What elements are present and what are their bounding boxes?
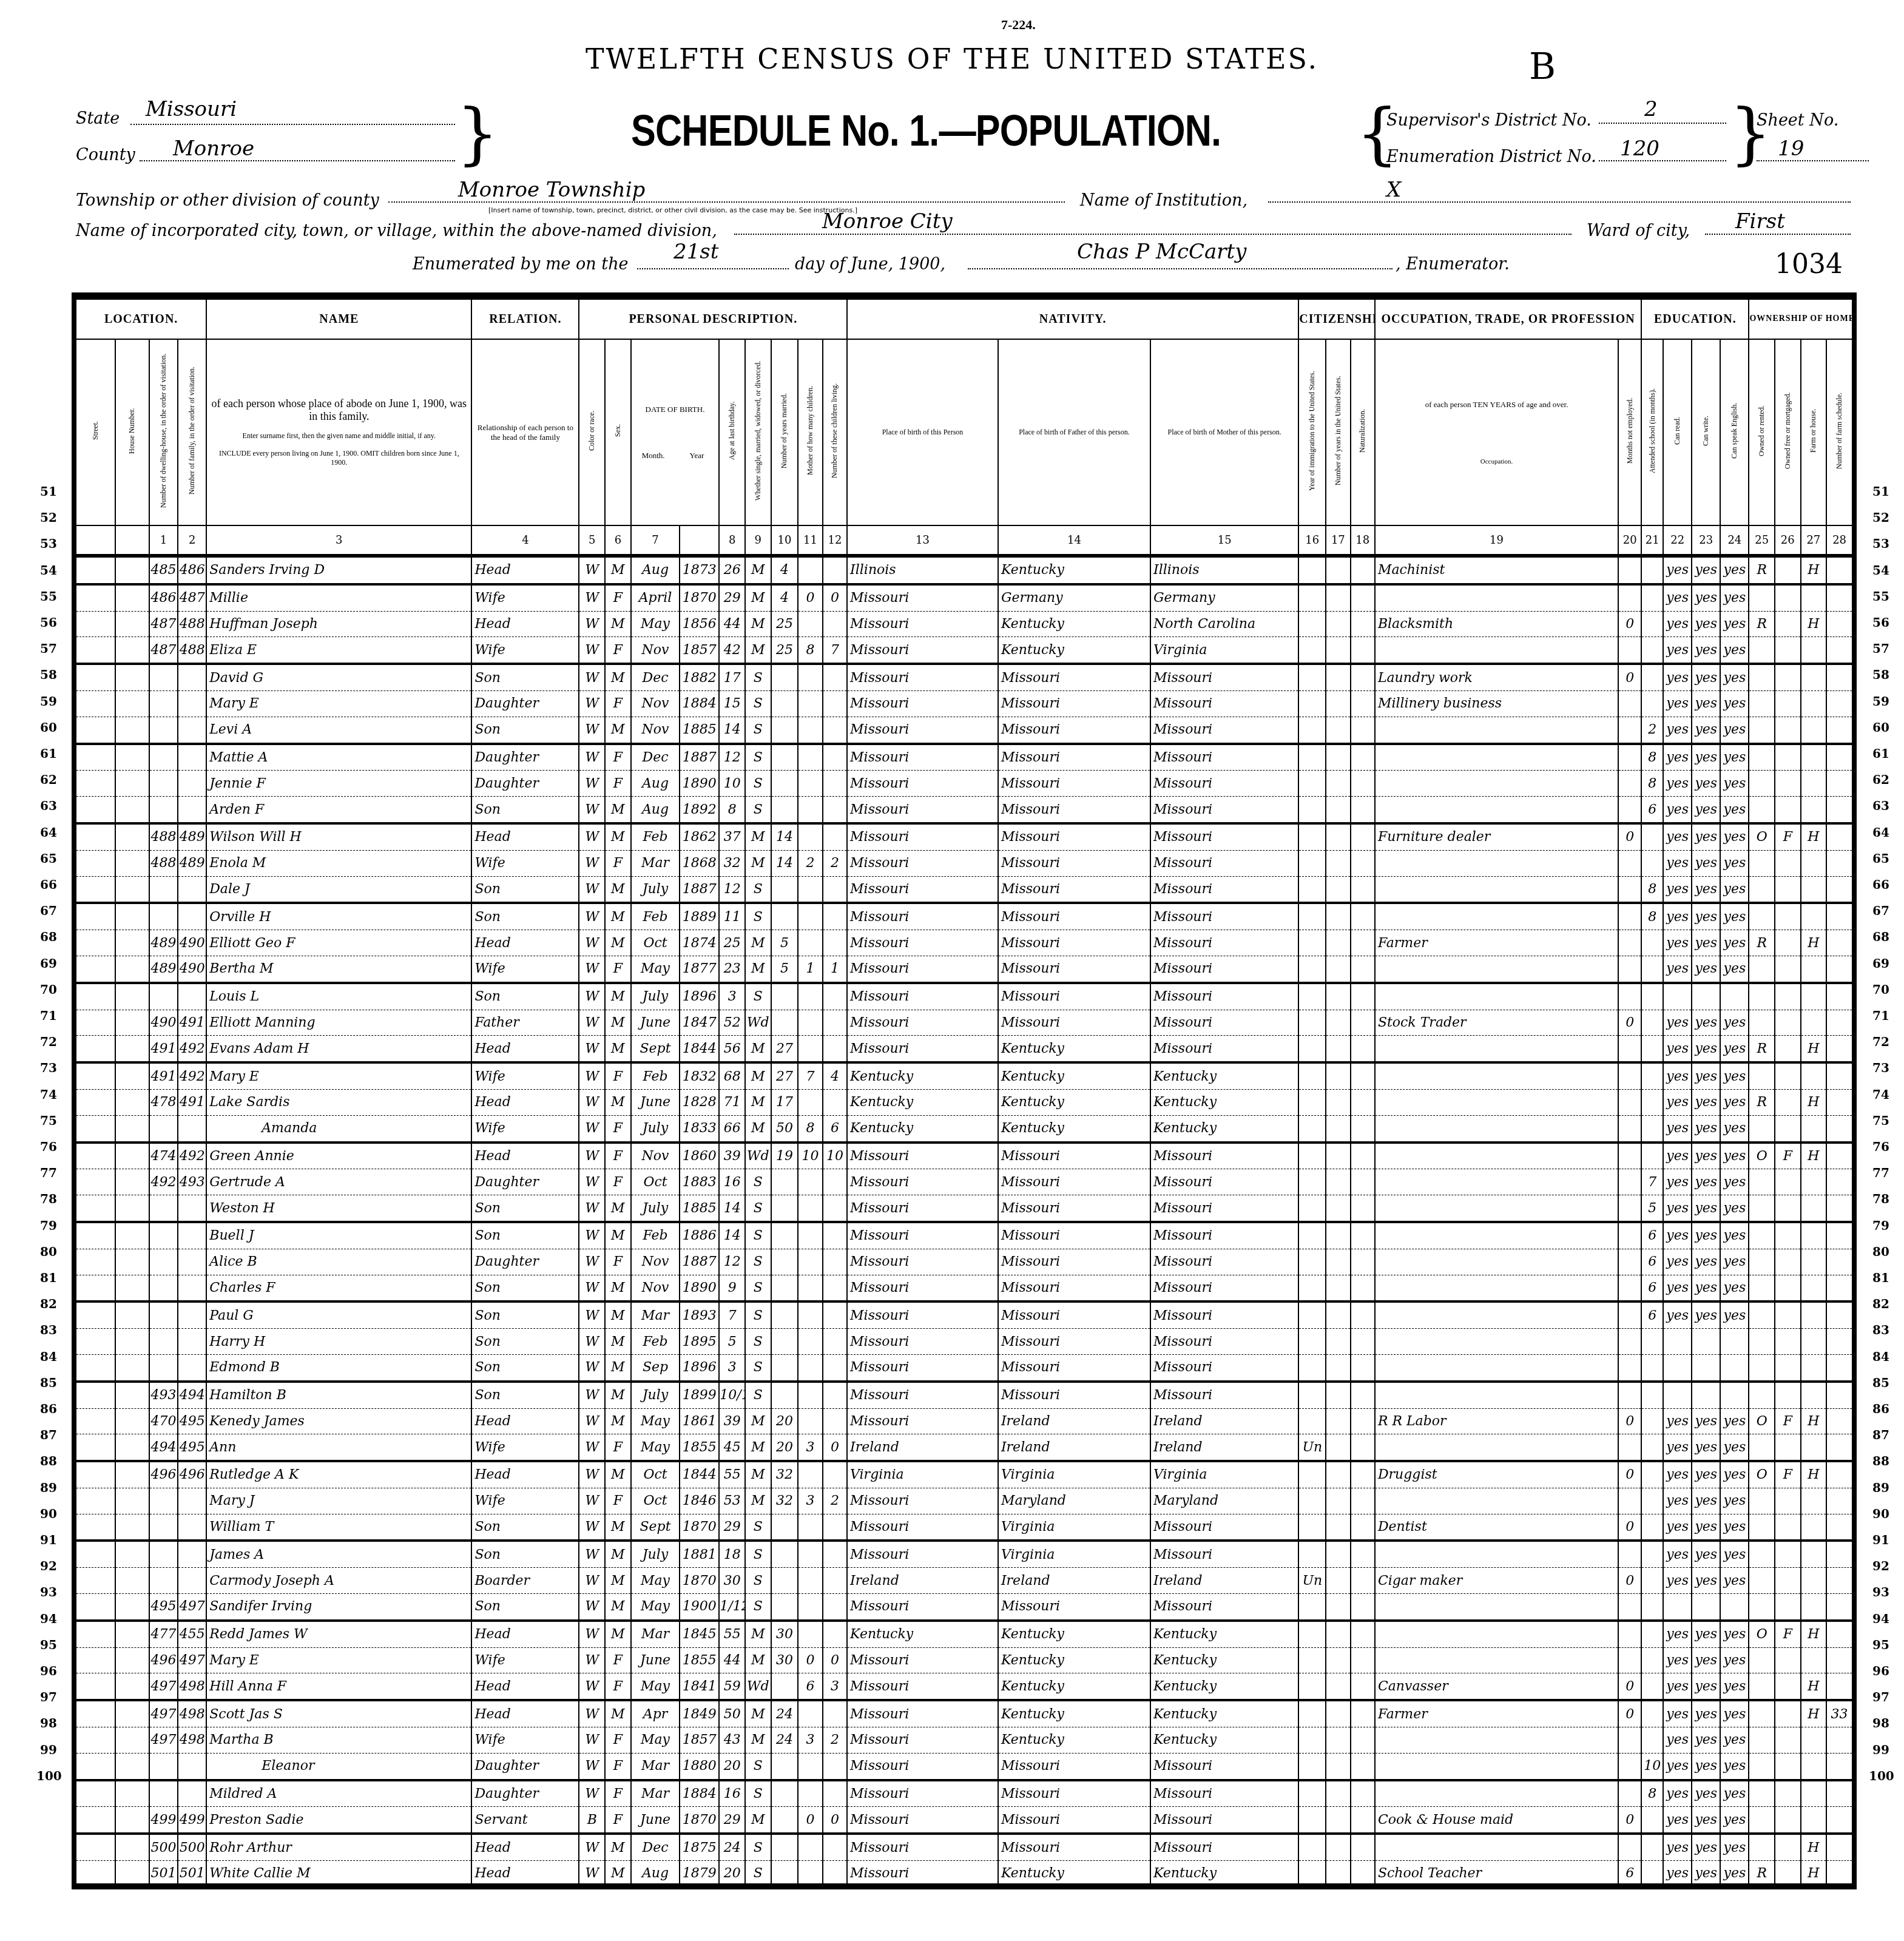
birth-month: April bbox=[631, 584, 680, 611]
line-number: 93 bbox=[36, 1585, 61, 1599]
dwelling-number bbox=[149, 1222, 178, 1249]
census-row: Jennie FDaughterWFAug189010SMissouriMiss… bbox=[76, 771, 1852, 797]
dwelling-number bbox=[149, 1329, 178, 1355]
relation: Son bbox=[471, 664, 579, 690]
family-number bbox=[178, 1115, 206, 1142]
children-living bbox=[823, 1408, 847, 1434]
can-write bbox=[1692, 1354, 1720, 1381]
father-birthplace: Missouri bbox=[998, 903, 1150, 930]
father-birthplace: Missouri bbox=[998, 930, 1150, 956]
dwelling-number bbox=[149, 744, 178, 771]
line-number: 77 bbox=[1869, 1166, 1893, 1180]
birth-month: Feb bbox=[631, 903, 680, 930]
sex: M bbox=[605, 823, 631, 850]
children-born bbox=[798, 1568, 822, 1594]
street bbox=[76, 664, 115, 690]
owned-rented: R bbox=[1749, 611, 1775, 637]
occupation: R R Labor bbox=[1375, 1408, 1618, 1434]
free-mortgaged bbox=[1775, 1861, 1801, 1887]
farm-house bbox=[1801, 1354, 1827, 1381]
color: W bbox=[579, 956, 605, 982]
school-months: 8 bbox=[1641, 876, 1663, 903]
children-living bbox=[823, 1195, 847, 1222]
color: W bbox=[579, 1834, 605, 1860]
family-number bbox=[178, 690, 206, 717]
farm-schedule bbox=[1826, 1329, 1852, 1355]
farm-house: H bbox=[1801, 1143, 1827, 1169]
owned-rented bbox=[1749, 1568, 1775, 1594]
birthplace: Kentucky bbox=[847, 1115, 998, 1142]
father-birthplace: Kentucky bbox=[998, 1727, 1150, 1754]
line-number: 60 bbox=[1869, 720, 1893, 735]
age: 3 bbox=[719, 1354, 745, 1381]
house-number bbox=[115, 1834, 149, 1860]
can-read: yes bbox=[1663, 1541, 1692, 1567]
children-born: 7 bbox=[798, 1062, 822, 1089]
months-unemployed bbox=[1618, 690, 1641, 717]
birth-year: 1870 bbox=[680, 1514, 719, 1541]
birth-month: May bbox=[631, 611, 680, 637]
dwelling-number bbox=[149, 1488, 178, 1514]
birth-month: July bbox=[631, 1382, 680, 1408]
immigration bbox=[1298, 1647, 1326, 1673]
person-name: Orville H bbox=[206, 903, 471, 930]
naturalization bbox=[1351, 611, 1375, 637]
occupation bbox=[1375, 1647, 1618, 1673]
birthplace: Missouri bbox=[847, 1834, 998, 1860]
children-living bbox=[823, 983, 847, 1010]
farm-schedule bbox=[1826, 690, 1852, 717]
birth-year: 1877 bbox=[680, 956, 719, 982]
mother-birthplace: Missouri bbox=[1150, 1036, 1298, 1062]
school-months bbox=[1641, 1807, 1663, 1834]
street bbox=[76, 1673, 115, 1700]
children-born bbox=[798, 1010, 822, 1036]
family-number: 492 bbox=[178, 1036, 206, 1062]
line-number: 72 bbox=[36, 1035, 61, 1049]
school-months: 6 bbox=[1641, 1275, 1663, 1301]
birth-year: 1882 bbox=[680, 664, 719, 690]
birth-year: 1879 bbox=[680, 1861, 719, 1887]
marital-status: S bbox=[745, 1354, 771, 1381]
immigration bbox=[1298, 1354, 1326, 1381]
birth-month: June bbox=[631, 1807, 680, 1834]
col-birthplace-person: Place of birth of this Person bbox=[847, 339, 998, 525]
children-living: 0 bbox=[823, 1807, 847, 1834]
mother-birthplace: Kentucky bbox=[1150, 1115, 1298, 1142]
children-living bbox=[823, 556, 847, 584]
house-number bbox=[115, 1062, 149, 1089]
group-education: EDUCATION. bbox=[1641, 299, 1749, 339]
immigration bbox=[1298, 584, 1326, 611]
birthplace: Missouri bbox=[847, 1329, 998, 1355]
years-married bbox=[771, 1673, 798, 1700]
birth-month: Nov bbox=[631, 717, 680, 743]
sex: M bbox=[605, 611, 631, 637]
age: 59 bbox=[719, 1673, 745, 1700]
school-months bbox=[1641, 637, 1663, 664]
father-birthplace: Kentucky bbox=[998, 556, 1150, 584]
mother-birthplace: Missouri bbox=[1150, 1541, 1298, 1567]
occupation bbox=[1375, 1434, 1618, 1461]
person-name: David G bbox=[206, 664, 471, 690]
birth-year: 1889 bbox=[680, 903, 719, 930]
farm-schedule bbox=[1826, 956, 1852, 982]
years-in-us bbox=[1326, 584, 1350, 611]
months-unemployed: 0 bbox=[1618, 1807, 1641, 1834]
col-birthplace-father: Place of birth of Father of this person. bbox=[998, 339, 1150, 525]
birth-year: 1833 bbox=[680, 1115, 719, 1142]
years-married: 4 bbox=[771, 584, 798, 611]
dwelling-number: 477 bbox=[149, 1621, 178, 1647]
relation: Head bbox=[471, 1700, 579, 1727]
family-number bbox=[178, 903, 206, 930]
census-row: 497498Hill Anna FHeadWFMay184159Wd63Miss… bbox=[76, 1673, 1852, 1700]
immigration bbox=[1298, 1700, 1326, 1727]
house-number bbox=[115, 1861, 149, 1887]
months-unemployed bbox=[1618, 930, 1641, 956]
birth-year: 1844 bbox=[680, 1036, 719, 1062]
person-name: Mary E bbox=[206, 1647, 471, 1673]
census-row: 488489Wilson Will HHeadWMFeb186237M14Mis… bbox=[76, 823, 1852, 850]
birth-year: 1884 bbox=[680, 1780, 719, 1807]
immigration bbox=[1298, 1673, 1326, 1700]
occupation bbox=[1375, 1143, 1618, 1169]
years-in-us bbox=[1326, 1541, 1350, 1567]
city-value: Monroe City bbox=[822, 209, 953, 234]
months-unemployed bbox=[1618, 717, 1641, 743]
house-number bbox=[115, 771, 149, 797]
column-number: 28 bbox=[1826, 525, 1852, 556]
immigration bbox=[1298, 1861, 1326, 1887]
free-mortgaged bbox=[1775, 1062, 1801, 1089]
immigration bbox=[1298, 1514, 1326, 1541]
months-unemployed: 6 bbox=[1618, 1861, 1641, 1887]
can-write: yes bbox=[1692, 1036, 1720, 1062]
father-birthplace: Missouri bbox=[998, 1169, 1150, 1195]
occupation bbox=[1375, 850, 1618, 876]
speaks-english: yes bbox=[1720, 1514, 1749, 1541]
free-mortgaged bbox=[1775, 1222, 1801, 1249]
years-married bbox=[771, 1382, 798, 1408]
dwelling-number: 494 bbox=[149, 1434, 178, 1461]
children-born: 10 bbox=[798, 1143, 822, 1169]
immigration bbox=[1298, 823, 1326, 850]
birth-year: 1856 bbox=[680, 611, 719, 637]
column-number: 25 bbox=[1749, 525, 1775, 556]
relation: Daughter bbox=[471, 771, 579, 797]
relation: Head bbox=[471, 1143, 579, 1169]
marital-status: S bbox=[745, 1834, 771, 1860]
can-write: yes bbox=[1692, 1169, 1720, 1195]
street bbox=[76, 1089, 115, 1115]
age: 44 bbox=[719, 611, 745, 637]
family-number bbox=[178, 1753, 206, 1780]
col-immigration-year: Year of immigration to the United States… bbox=[1298, 339, 1326, 525]
naturalization bbox=[1351, 1834, 1375, 1860]
line-number: 70 bbox=[1869, 982, 1893, 997]
column-number: 1 bbox=[149, 525, 178, 556]
age: 26 bbox=[719, 556, 745, 584]
mother-birthplace: Missouri bbox=[1150, 823, 1298, 850]
years-married: 27 bbox=[771, 1036, 798, 1062]
birthplace: Missouri bbox=[847, 1673, 998, 1700]
owned-rented: R bbox=[1749, 556, 1775, 584]
street bbox=[76, 584, 115, 611]
house-number bbox=[115, 797, 149, 823]
house-number bbox=[115, 1169, 149, 1195]
children-living bbox=[823, 1834, 847, 1860]
mother-birthplace: Ireland bbox=[1150, 1568, 1298, 1594]
relation: Wife bbox=[471, 1647, 579, 1673]
birth-year: 1861 bbox=[680, 1408, 719, 1434]
line-number: 59 bbox=[36, 694, 61, 709]
relation: Head bbox=[471, 930, 579, 956]
birth-month: July bbox=[631, 876, 680, 903]
occupation bbox=[1375, 1329, 1618, 1355]
color: W bbox=[579, 1010, 605, 1036]
occupation bbox=[1375, 1222, 1618, 1249]
column-number: 5 bbox=[579, 525, 605, 556]
mother-birthplace: Kentucky bbox=[1150, 1062, 1298, 1089]
months-unemployed bbox=[1618, 956, 1641, 982]
age: 68 bbox=[719, 1062, 745, 1089]
speaks-english: yes bbox=[1720, 1780, 1749, 1807]
house-number bbox=[115, 1514, 149, 1541]
farm-house bbox=[1801, 1115, 1827, 1142]
owned-rented bbox=[1749, 1354, 1775, 1381]
family-number: 497 bbox=[178, 1647, 206, 1673]
can-write: yes bbox=[1692, 611, 1720, 637]
color: W bbox=[579, 1700, 605, 1727]
column-number-row: 1234567891011121314151617181920212223242… bbox=[76, 525, 1852, 556]
farm-house bbox=[1801, 1807, 1827, 1834]
farm-house bbox=[1801, 1780, 1827, 1807]
enumerated-suffix: day of June, 1900, bbox=[795, 255, 945, 274]
mother-birthplace: Missouri bbox=[1150, 1354, 1298, 1381]
immigration bbox=[1298, 771, 1326, 797]
color: W bbox=[579, 1195, 605, 1222]
years-married bbox=[771, 1753, 798, 1780]
dwelling-number bbox=[149, 1354, 178, 1381]
birth-month: May bbox=[631, 1434, 680, 1461]
months-unemployed bbox=[1618, 1753, 1641, 1780]
birthplace: Missouri bbox=[847, 823, 998, 850]
naturalization bbox=[1351, 1195, 1375, 1222]
line-number: 96 bbox=[36, 1664, 61, 1678]
age: 39 bbox=[719, 1143, 745, 1169]
sex: F bbox=[605, 1673, 631, 1700]
family-number bbox=[178, 744, 206, 771]
can-write: yes bbox=[1692, 1673, 1720, 1700]
house-number bbox=[115, 1143, 149, 1169]
speaks-english: yes bbox=[1720, 690, 1749, 717]
family-number bbox=[178, 771, 206, 797]
months-unemployed bbox=[1618, 1488, 1641, 1514]
birth-year: 1893 bbox=[680, 1301, 719, 1328]
col-can-read: Can read. bbox=[1663, 339, 1692, 525]
street bbox=[76, 1727, 115, 1754]
street bbox=[76, 1408, 115, 1434]
line-number: 87 bbox=[1869, 1428, 1893, 1442]
naturalization bbox=[1351, 771, 1375, 797]
can-write: yes bbox=[1692, 1861, 1720, 1887]
farm-schedule bbox=[1826, 1780, 1852, 1807]
person-name: Rutledge A K bbox=[206, 1461, 471, 1488]
speaks-english: yes bbox=[1720, 1753, 1749, 1780]
birth-month: Mar bbox=[631, 850, 680, 876]
house-number bbox=[115, 584, 149, 611]
dwelling-number bbox=[149, 983, 178, 1010]
children-living bbox=[823, 1541, 847, 1567]
mother-birthplace: Missouri bbox=[1150, 1780, 1298, 1807]
children-born bbox=[798, 1275, 822, 1301]
street bbox=[76, 1594, 115, 1621]
street bbox=[76, 1382, 115, 1408]
column-number: 14 bbox=[998, 525, 1150, 556]
children-living bbox=[823, 1222, 847, 1249]
house-number bbox=[115, 1010, 149, 1036]
occupation bbox=[1375, 1354, 1618, 1381]
mother-birthplace: Virginia bbox=[1150, 1461, 1298, 1488]
naturalization bbox=[1351, 664, 1375, 690]
street bbox=[76, 690, 115, 717]
institution-value: X bbox=[1386, 178, 1401, 202]
naturalization bbox=[1351, 1249, 1375, 1275]
col-months-unemployed: Months not employed. bbox=[1618, 339, 1641, 525]
color: W bbox=[579, 876, 605, 903]
free-mortgaged bbox=[1775, 1594, 1801, 1621]
family-number: 495 bbox=[178, 1434, 206, 1461]
can-write: yes bbox=[1692, 1541, 1720, 1567]
census-row: AmandaWifeWFJuly183366M5086KentuckyKentu… bbox=[76, 1115, 1852, 1142]
line-number: 80 bbox=[36, 1244, 61, 1259]
person-name: William T bbox=[206, 1514, 471, 1541]
birth-year: 1857 bbox=[680, 1727, 719, 1754]
months-unemployed: 0 bbox=[1618, 1568, 1641, 1594]
school-months bbox=[1641, 1354, 1663, 1381]
owned-rented bbox=[1749, 1329, 1775, 1355]
mother-birthplace: Missouri bbox=[1150, 1249, 1298, 1275]
free-mortgaged: F bbox=[1775, 1621, 1801, 1647]
school-months bbox=[1641, 983, 1663, 1010]
person-name: Arden F bbox=[206, 797, 471, 823]
dwelling-number bbox=[149, 1195, 178, 1222]
free-mortgaged bbox=[1775, 1036, 1801, 1062]
can-read: yes bbox=[1663, 1700, 1692, 1727]
family-number: 491 bbox=[178, 1089, 206, 1115]
birth-month: May bbox=[631, 1568, 680, 1594]
dwelling-number: 487 bbox=[149, 611, 178, 637]
relation: Son bbox=[471, 1195, 579, 1222]
years-married: 30 bbox=[771, 1647, 798, 1673]
census-row: Mattie ADaughterWFDec188712SMissouriMiss… bbox=[76, 744, 1852, 771]
free-mortgaged bbox=[1775, 690, 1801, 717]
line-number: 85 bbox=[36, 1376, 61, 1390]
family-number bbox=[178, 1275, 206, 1301]
sex: M bbox=[605, 1275, 631, 1301]
farm-schedule bbox=[1826, 611, 1852, 637]
immigration bbox=[1298, 1329, 1326, 1355]
relation: Daughter bbox=[471, 1753, 579, 1780]
census-row: Orville HSonWMFeb188911SMissouriMissouri… bbox=[76, 903, 1852, 930]
sex: F bbox=[605, 956, 631, 982]
farm-house bbox=[1801, 1753, 1827, 1780]
census-row: Louis LSonWMJuly18963SMissouriMissouriMi… bbox=[76, 983, 1852, 1010]
speaks-english: yes bbox=[1720, 956, 1749, 982]
person-name: Mattie A bbox=[206, 744, 471, 771]
free-mortgaged bbox=[1775, 717, 1801, 743]
months-unemployed: 0 bbox=[1618, 1514, 1641, 1541]
dwelling-number: 495 bbox=[149, 1594, 178, 1621]
enumerator-line bbox=[968, 268, 1393, 269]
owned-rented: O bbox=[1749, 1408, 1775, 1434]
age: 29 bbox=[719, 1514, 745, 1541]
owned-rented bbox=[1749, 1010, 1775, 1036]
owned-rented bbox=[1749, 1541, 1775, 1567]
column-number bbox=[76, 525, 115, 556]
dwelling-number: 499 bbox=[149, 1807, 178, 1834]
can-read: yes bbox=[1663, 1807, 1692, 1834]
owned-rented bbox=[1749, 744, 1775, 771]
enumerator-name: Chas P McCarty bbox=[1077, 240, 1246, 264]
free-mortgaged bbox=[1775, 556, 1801, 584]
immigration bbox=[1298, 637, 1326, 664]
months-unemployed bbox=[1618, 1594, 1641, 1621]
father-birthplace: Ireland bbox=[998, 1568, 1150, 1594]
school-months bbox=[1641, 1834, 1663, 1860]
years-married: 27 bbox=[771, 1062, 798, 1089]
free-mortgaged: F bbox=[1775, 1461, 1801, 1488]
mother-birthplace: Virginia bbox=[1150, 637, 1298, 664]
naturalization bbox=[1351, 1408, 1375, 1434]
color: W bbox=[579, 556, 605, 584]
sex: M bbox=[605, 1408, 631, 1434]
line-number: 88 bbox=[36, 1454, 61, 1468]
father-birthplace: Kentucky bbox=[998, 1861, 1150, 1887]
birth-year: 1887 bbox=[680, 1249, 719, 1275]
father-birthplace: Missouri bbox=[998, 1780, 1150, 1807]
years-in-us bbox=[1326, 1461, 1350, 1488]
can-write: yes bbox=[1692, 584, 1720, 611]
years-in-us bbox=[1326, 1275, 1350, 1301]
house-number bbox=[115, 1700, 149, 1727]
sex: M bbox=[605, 1195, 631, 1222]
free-mortgaged bbox=[1775, 1329, 1801, 1355]
immigration bbox=[1298, 930, 1326, 956]
birth-year: 1880 bbox=[680, 1753, 719, 1780]
can-read: yes bbox=[1663, 1673, 1692, 1700]
birthplace: Missouri bbox=[847, 1488, 998, 1514]
col-relation-desc: Relationship of each person to the head … bbox=[471, 339, 579, 525]
birth-month: Sep bbox=[631, 1354, 680, 1381]
father-birthplace: Missouri bbox=[998, 1249, 1150, 1275]
free-mortgaged bbox=[1775, 1089, 1801, 1115]
street bbox=[76, 1514, 115, 1541]
line-number: 67 bbox=[36, 903, 61, 918]
line-number: 79 bbox=[1869, 1218, 1893, 1233]
farm-house bbox=[1801, 850, 1827, 876]
naturalization bbox=[1351, 1143, 1375, 1169]
owned-rented: R bbox=[1749, 930, 1775, 956]
speaks-english: yes bbox=[1720, 1089, 1749, 1115]
sex: M bbox=[605, 1541, 631, 1567]
color: W bbox=[579, 1753, 605, 1780]
school-months bbox=[1641, 584, 1663, 611]
years-married bbox=[771, 1861, 798, 1887]
marital-status: S bbox=[745, 1329, 771, 1355]
months-unemployed bbox=[1618, 637, 1641, 664]
